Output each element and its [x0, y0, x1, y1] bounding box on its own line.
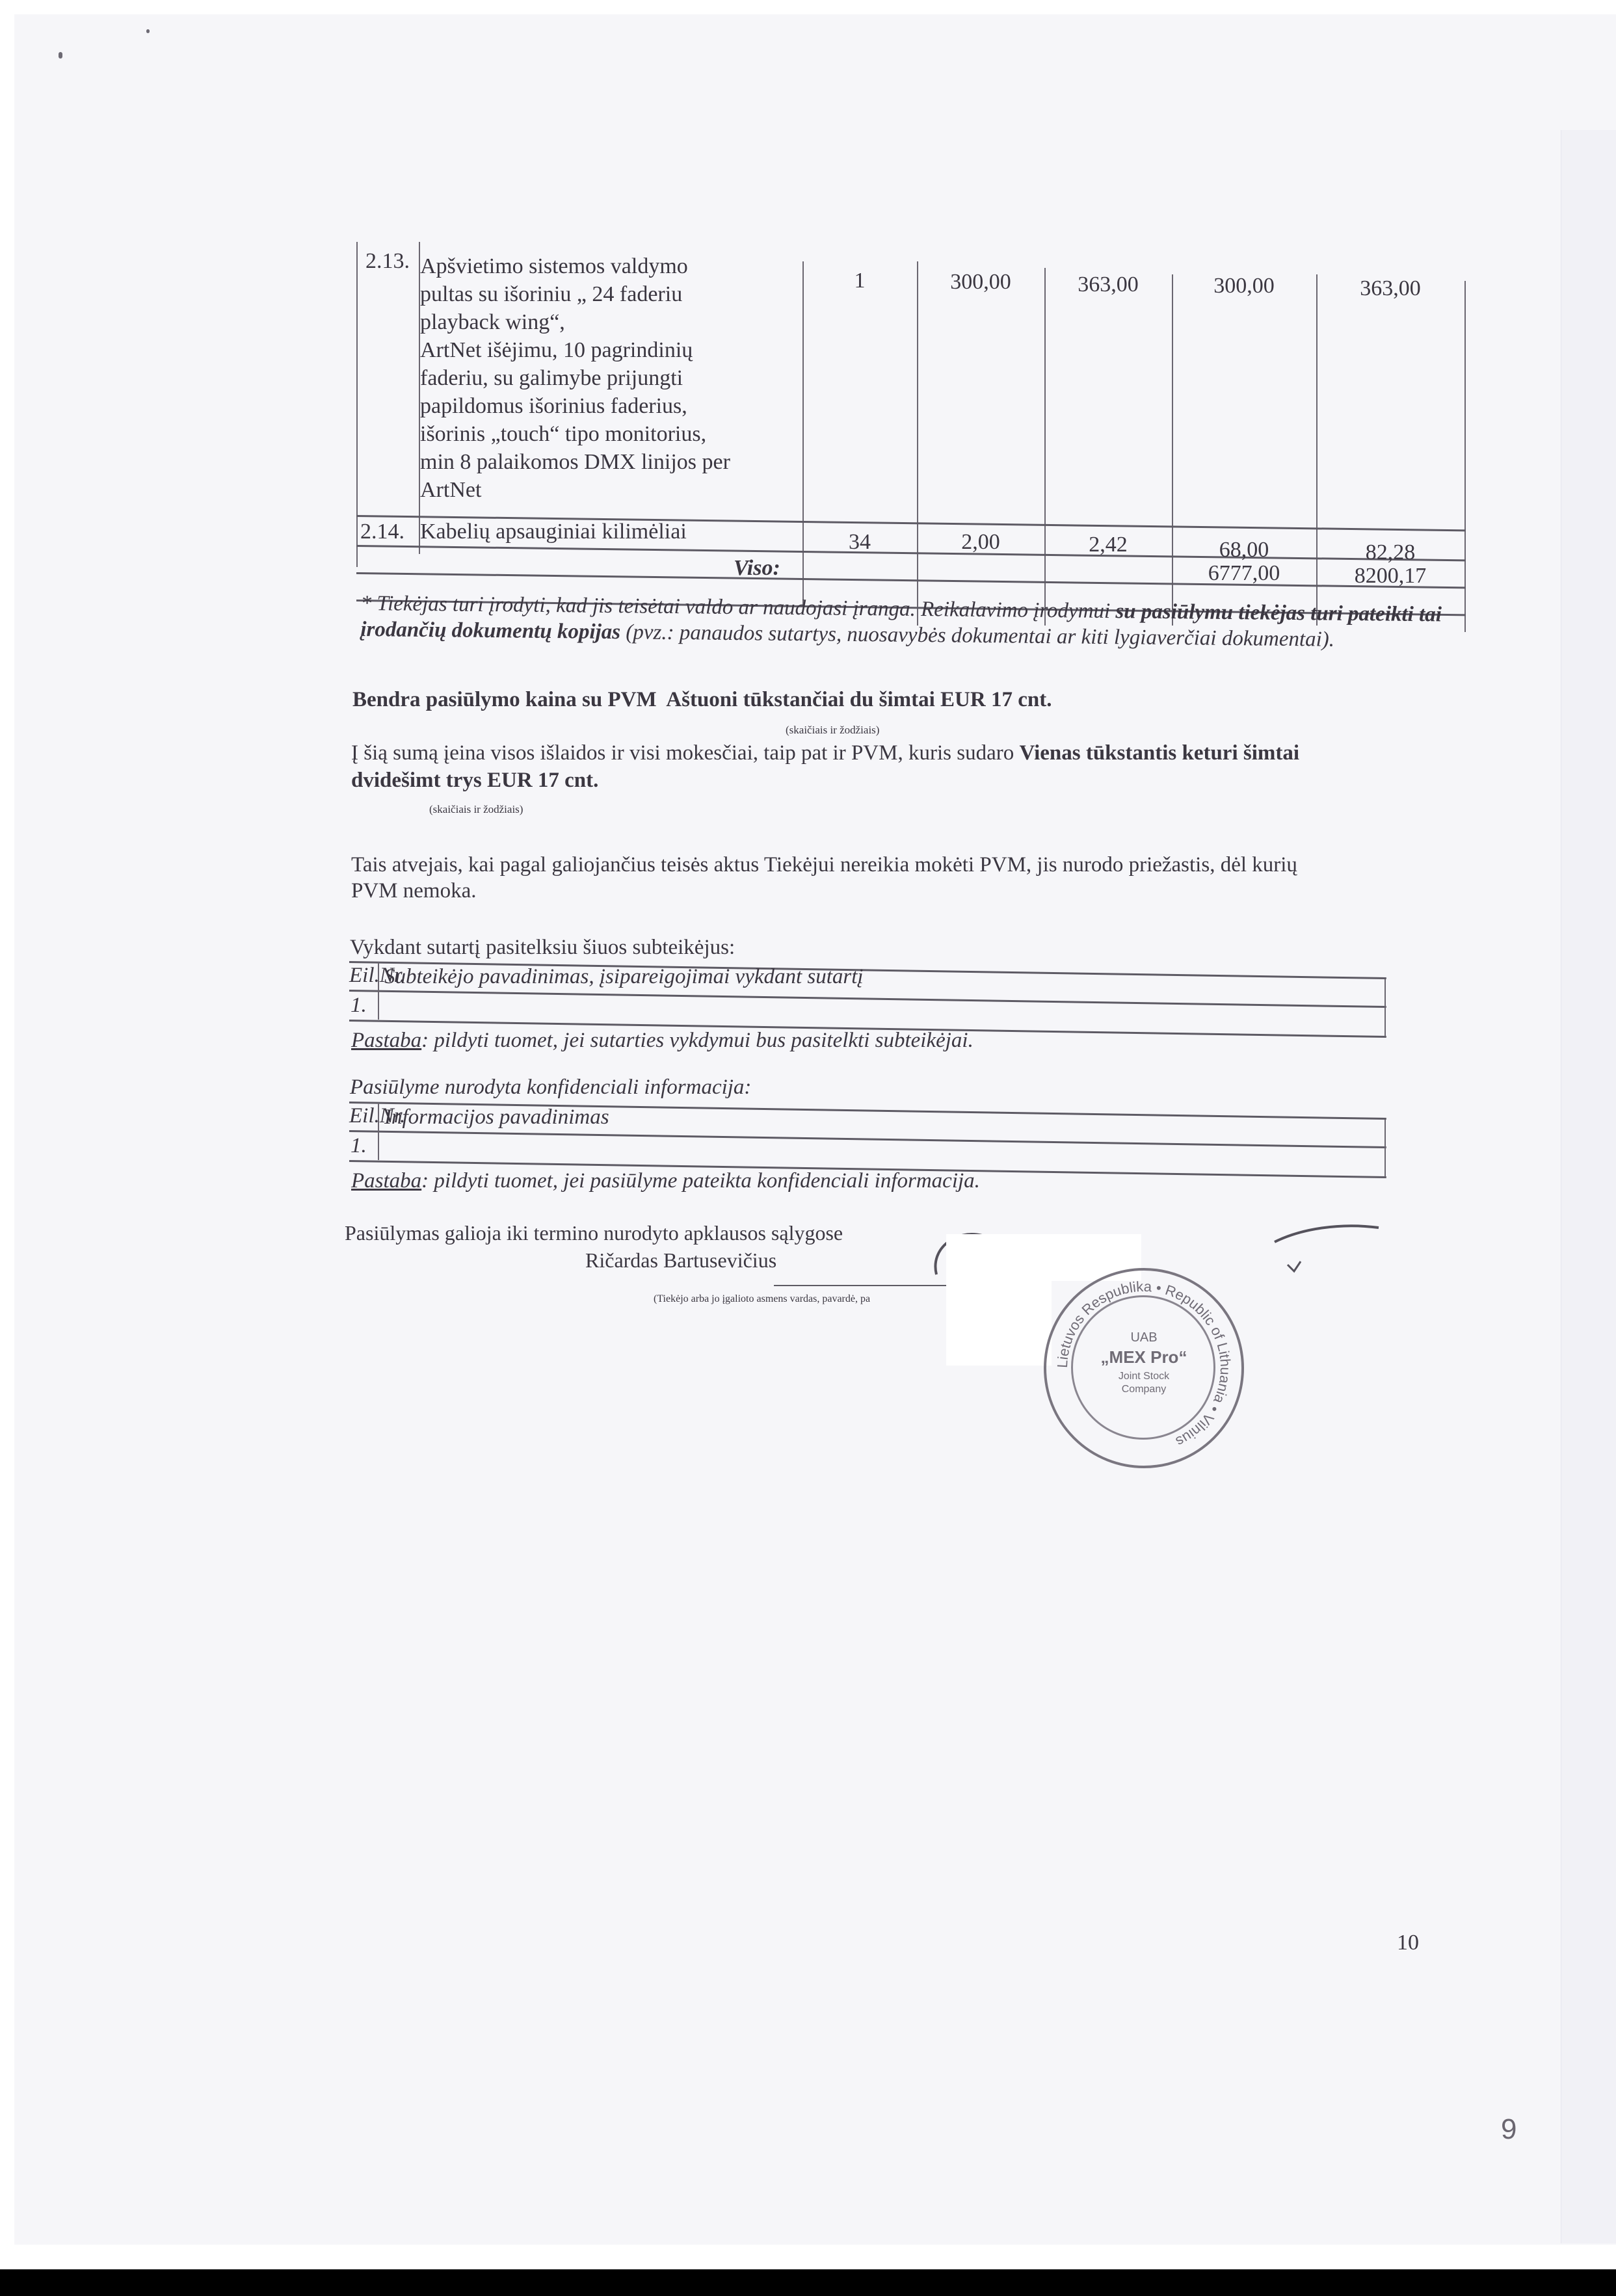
vat-amount-words: Vienas tūkstantis keturi šimtai	[1019, 741, 1299, 765]
note-text: : pildyti tuomet, jei sutarties vykdymui…	[421, 1029, 974, 1052]
item-description: Apšvietimo sistemos valdymo pultas su iš…	[420, 252, 758, 504]
scan-speck	[59, 52, 62, 59]
col-header-name: Subteikėjo pavadinimas, įsipareigojimai …	[384, 964, 864, 990]
stamp-company: „MEX Pro“	[1046, 1347, 1241, 1367]
table-border	[356, 242, 358, 567]
scanned-page	[14, 14, 1616, 2245]
table-border	[917, 261, 918, 626]
stamp-line: Joint Stock	[1046, 1371, 1241, 1382]
table-border	[1384, 1120, 1386, 1177]
description-line: min 8 palaikomos DMX linijos per	[420, 448, 758, 476]
table-border	[1384, 979, 1386, 1036]
description-line: pultas su išoriniu „ 24 faderiu	[420, 280, 758, 308]
field-caption: (skaičiais ir žodžiais)	[786, 717, 879, 743]
grand-total-vat: 8200,17	[1316, 562, 1464, 590]
description-line: ArtNet	[420, 476, 758, 504]
col-header-name: Informacijos pavadinimas	[384, 1104, 609, 1130]
row-number: 2.13.	[365, 247, 410, 276]
page-number-inner: 10	[1397, 1930, 1419, 1956]
page-number-outer: 9	[1501, 2113, 1517, 2146]
table-border	[1044, 268, 1046, 626]
description-line: ArtNet išėjimu, 10 pagrindinių	[420, 336, 758, 364]
stamp-line: UAB	[1046, 1330, 1241, 1345]
description-line: papildomus išorinius faderius,	[420, 392, 758, 420]
description-line: playback wing“,	[420, 308, 758, 336]
field-caption: (skaičiais ir žodžiais)	[429, 797, 523, 823]
vat-exempt-line: PVM nemoka.	[351, 878, 1470, 904]
table-border	[1464, 281, 1466, 632]
scan-edge	[1561, 130, 1616, 2243]
vat-text: Į šią sumą įeina visos išlaidos ir visi …	[351, 741, 1019, 765]
vat-amount-words-cont: dvidešimt trys EUR 17 cnt.	[351, 767, 598, 793]
vat-statement: Į šią sumą įeina visos išlaidos ir visi …	[351, 740, 1457, 766]
vat-exempt-text: Tais atvejais, kai pagal galiojančius te…	[351, 852, 1470, 904]
vat-exempt-line: Tais atvejais, kai pagal galiojančius te…	[351, 852, 1470, 878]
note-text: : pildyti tuomet, jei pasiūlyme pateikta…	[421, 1169, 980, 1193]
scan-bottom-edge	[0, 2269, 1616, 2296]
description-line: išorinis „touch“ tipo monitorius,	[420, 420, 758, 448]
total-price-statement: Bendra pasiūlymo kaina su PVM Aštuoni tū…	[352, 687, 1052, 713]
row-number: 2.14.	[360, 518, 404, 546]
grand-total: 6777,00	[1172, 559, 1316, 588]
total-label: Viso:	[734, 554, 780, 583]
signer-name: Ričardas Bartusevičius	[585, 1247, 776, 1273]
total: 300,00	[1172, 272, 1316, 300]
confidential-intro: Pasiūlyme nurodyta konfidenciali informa…	[350, 1074, 751, 1100]
unit-price: 300,00	[917, 268, 1044, 297]
subcontractors-intro: Vykdant sutartį pasitelksiu šiuos subtei…	[350, 934, 735, 960]
total-price-words: Aštuoni tūkstančiai du šimtai EUR 17 cnt…	[666, 688, 1052, 711]
description-line: faderiu, su galimybe prijungti	[420, 364, 758, 392]
description-line: Apšvietimo sistemos valdymo	[420, 252, 758, 280]
unit-price: 2,00	[917, 528, 1044, 557]
total-price-label: Bendra pasiūlymo kaina su PVM	[352, 688, 657, 711]
item-description: Kabelių apsauginiai kilimėliai	[420, 518, 687, 546]
subcontractors-note: Pastaba: pildyti tuomet, jei sutarties v…	[351, 1027, 974, 1053]
row-number: 1.	[351, 1133, 367, 1159]
quantity: 1	[802, 267, 917, 295]
unit-price-vat: 2,42	[1044, 531, 1172, 559]
note-label: Pastaba	[351, 1169, 421, 1193]
row-number: 1.	[351, 992, 367, 1018]
validity-text: Pasiūlymas galioja iki termino nurodyto …	[345, 1220, 843, 1246]
signer-caption: (Tiekėjo arba jo įgalioto asmens vardas,…	[654, 1286, 870, 1312]
total-vat: 363,00	[1316, 274, 1464, 303]
company-stamp: Lietuvos Respublika • Republic of Lithua…	[1044, 1268, 1244, 1468]
note-label: Pastaba	[351, 1029, 421, 1052]
quantity: 34	[802, 528, 917, 557]
stamp-ring-text-icon: Lietuvos Respublika • Republic of Lithua…	[1046, 1271, 1241, 1466]
stamp-line: Company	[1046, 1384, 1241, 1395]
confidential-note: Pastaba: pildyti tuomet, jei pasiūlyme p…	[351, 1168, 980, 1194]
unit-price-vat: 363,00	[1044, 271, 1172, 299]
scan-speck	[146, 29, 150, 33]
